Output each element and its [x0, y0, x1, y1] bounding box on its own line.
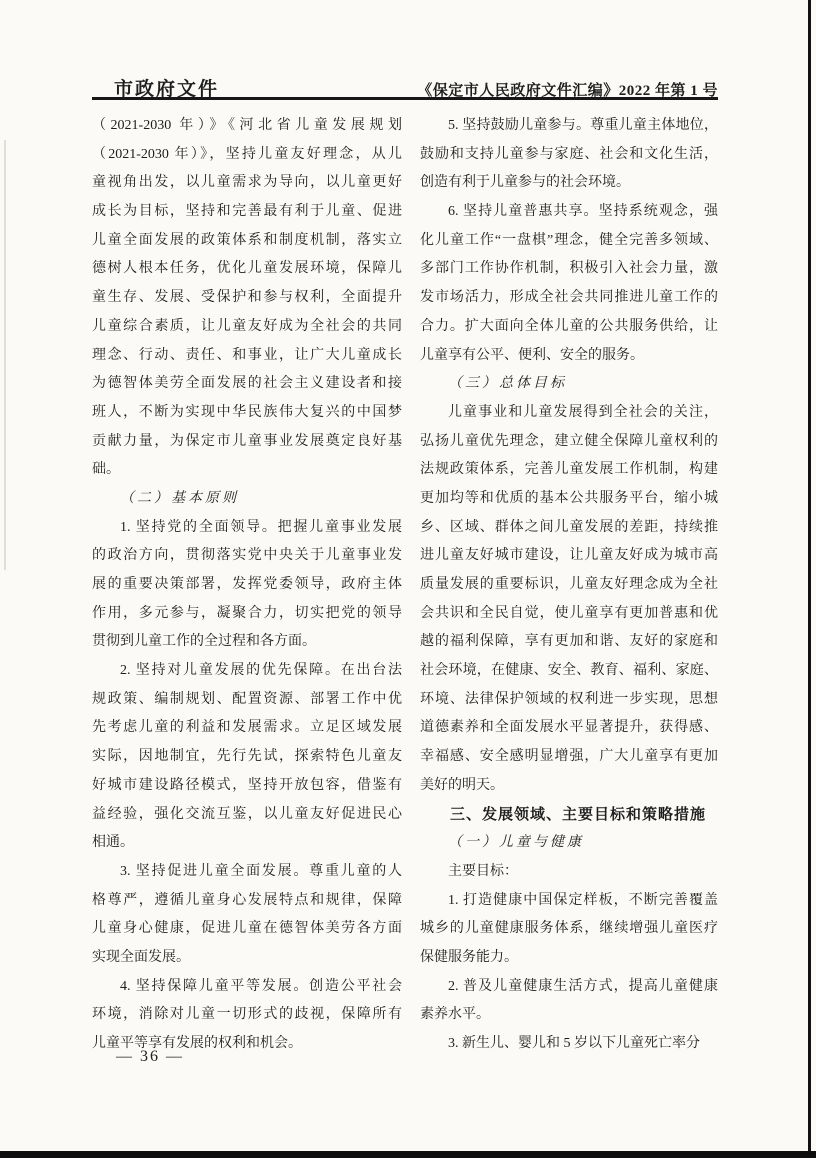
text-line: 2. 普及儿童健康生活方式，提高儿童健康 — [420, 973, 718, 1002]
text-line: 3. 新生儿、婴儿和 5 岁以下儿童死亡率分 — [420, 1030, 718, 1059]
text-line: 社会环境，在健康、安全、教育、福利、家庭、 — [420, 657, 718, 686]
text-line: 化儿童工作“一盘棋”理念，健全完善多领域、 — [420, 227, 718, 256]
text-line: 作用，多元参与，凝聚合力，切实把党的领导 — [92, 600, 402, 629]
text-line: 础。 — [92, 456, 402, 485]
text-line: （一）儿童与健康 — [420, 829, 718, 858]
page-number: — 36 — — [116, 1048, 184, 1066]
text-line: 质量发展的重要标识，儿童友好理念成为全社 — [420, 571, 718, 600]
text-line: （二）基本原则 — [92, 485, 402, 514]
text-line: 多部门工作协作机制，积极引入社会力量，激 — [420, 255, 718, 284]
text-line: 格尊严，遵循儿童身心发展特点和规律，保障 — [92, 887, 402, 916]
text-line: 会共识和全民自觉，使儿童享有更加普惠和优 — [420, 600, 718, 629]
text-line: 为德智体美劳全面发展的社会主义建设者和接 — [92, 370, 402, 399]
text-line: 主要目标： — [420, 858, 718, 887]
text-line: 弘扬儿童优先理念，建立健全保障儿童权利的 — [420, 428, 718, 457]
text-line: 规政策、编制规划、配置资源、部署工作中优 — [92, 686, 402, 715]
text-line: （三）总体目标 — [420, 370, 718, 399]
text-line: （2021-2030 年）》，坚持儿童友好理念，从儿 — [92, 141, 402, 170]
text-line: 发市场活力，形成全社会共同推进儿童工作的 — [420, 284, 718, 313]
text-line: 童生存、发展、受保护和参与权利，全面提升 — [92, 284, 402, 313]
text-line: 儿童事业和儿童发展得到全社会的关注， — [420, 399, 718, 428]
text-line: 4. 坚持保障儿童平等发展。创造公平社会 — [92, 973, 402, 1002]
text-line: 城乡的儿童健康服务体系，继续增强儿童医疗 — [420, 915, 718, 944]
text-line: 创造有利于儿童参与的社会环境。 — [420, 169, 718, 198]
text-line: 鼓励和支持儿童参与家庭、社会和文化生活， — [420, 141, 718, 170]
text-line: 益经验，强化交流互鉴，以儿童友好促进民心 — [92, 801, 402, 830]
text-line: 实现全面发展。 — [92, 944, 402, 973]
text-line: 5. 坚持鼓励儿童参与。尊重儿童主体地位， — [420, 112, 718, 141]
text-line: 实际，因地制宜，先行先试，探索特色儿童友 — [92, 743, 402, 772]
text-column-left: （2021-2030 年）》《河北省儿童发展规划（2021-2030 年）》，坚… — [92, 112, 402, 1059]
text-line: 儿童全面发展的政策体系和制度机制，落实立 — [92, 227, 402, 256]
text-line: 好城市建设路径模式，坚持开放包容，借鉴有 — [92, 772, 402, 801]
text-line: 美好的明天。 — [420, 772, 718, 801]
text-line: 先考虑儿童的利益和发展需求。立足区域发展 — [92, 714, 402, 743]
header-divider-rule — [92, 97, 718, 100]
text-line: 3. 坚持促进儿童全面发展。尊重儿童的人 — [92, 858, 402, 887]
text-line: 道德素养和全面发展水平显著提升，获得感、 — [420, 714, 718, 743]
text-line: 的政治方向，贯彻落实党中央关于儿童事业发 — [92, 542, 402, 571]
scan-artifact-right-edge — [808, 0, 811, 1158]
text-line: 环境，消除对儿童一切形式的歧视，保障所有 — [92, 1001, 402, 1030]
text-line: 贡献力量，为保定市儿童事业发展奠定良好基 — [92, 428, 402, 457]
text-line: 理念、行动、责任、和事业，让广大儿童成长 — [92, 342, 402, 371]
text-column-right: 5. 坚持鼓励儿童参与。尊重儿童主体地位，鼓励和支持儿童参与家庭、社会和文化生活… — [420, 112, 718, 1059]
text-line: 童视角出发，以儿童需求为导向，以儿童更好 — [92, 169, 402, 198]
text-line: 展的重要决策部署，发挥党委领导，政府主体 — [92, 571, 402, 600]
text-line: 德树人根本任务，优化儿童发展环境，保障儿 — [92, 255, 402, 284]
text-line: 班人，不断为实现中华民族伟大复兴的中国梦 — [92, 399, 402, 428]
text-line: 贯彻到儿童工作的全过程和各方面。 — [92, 628, 402, 657]
text-line: 环境、法律保护领域的权利进一步实现，思想 — [420, 686, 718, 715]
text-line: 三、发展领域、主要目标和策略措施 — [420, 801, 718, 830]
text-line: 儿童享有公平、便利、安全的服务。 — [420, 342, 718, 371]
text-line: 越的福利保障，享有更加和谐、友好的家庭和 — [420, 628, 718, 657]
text-line: 6. 坚持儿童普惠共享。坚持系统观念，强 — [420, 198, 718, 227]
text-line: 进儿童友好城市建设，让儿童友好成为城市高 — [420, 542, 718, 571]
text-line: 法规政策体系，完善儿童发展工作机制，构建 — [420, 456, 718, 485]
scan-artifact-bottom-edge — [0, 1151, 816, 1158]
text-line: 素养水平。 — [420, 1001, 718, 1030]
text-line: 乡、区域、群体之间儿童发展的差距，持续推 — [420, 514, 718, 543]
text-line: 幸福感、安全感明显增强，广大儿童享有更加 — [420, 743, 718, 772]
text-line: 儿童身心健康，促进儿童在德智体美劳各方面 — [92, 915, 402, 944]
text-line: 更加均等和优质的基本公共服务平台，缩小城 — [420, 485, 718, 514]
text-line: 合力。扩大面向全体儿童的公共服务供给，让 — [420, 313, 718, 342]
text-line: 儿童综合素质，让儿童友好成为全社会的共同 — [92, 313, 402, 342]
text-line: 相通。 — [92, 829, 402, 858]
text-line: 1. 坚持党的全面领导。把握儿童事业发展 — [92, 514, 402, 543]
text-line: 1. 打造健康中国保定样板，不断完善覆盖 — [420, 887, 718, 916]
scanned-document-page: 市政府文件 《保定市人民政府文件汇编》2022 年第 1 号 （2021-203… — [0, 0, 816, 1158]
scan-artifact-left-line — [4, 140, 6, 570]
text-line: 2. 坚持对儿童发展的优先保障。在出台法 — [92, 657, 402, 686]
text-line: （2021-2030 年）》《河北省儿童发展规划 — [92, 112, 402, 141]
text-line: 保健服务能力。 — [420, 944, 718, 973]
text-line: 成长为目标，坚持和完善最有利于儿童、促进 — [92, 198, 402, 227]
